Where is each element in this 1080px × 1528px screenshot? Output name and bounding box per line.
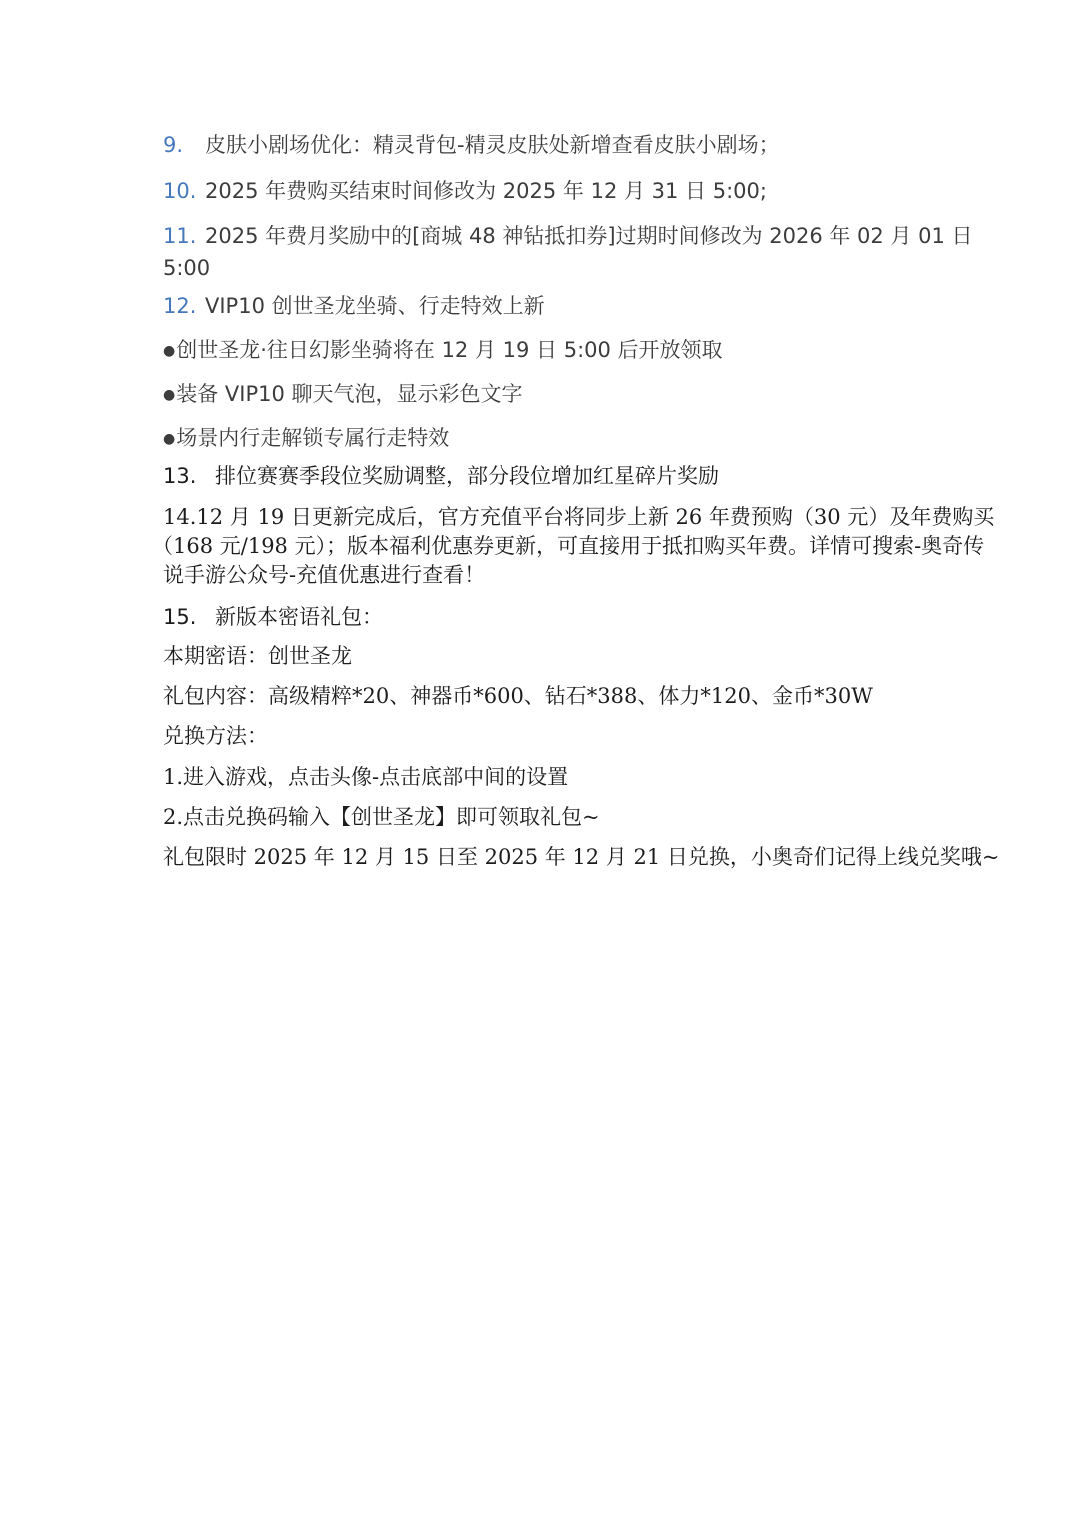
list-item-11-text-line2: 5:00	[163, 256, 210, 280]
bullet-icon: ●	[163, 343, 175, 359]
bullet-item-1: ●创世圣龙·往日幻影坐骑将在 12 月 19 日 5:00 后开放领取	[163, 338, 723, 363]
list-number-12: 12.	[163, 294, 205, 318]
list-item-12-text: VIP10 创世圣龙坐骑、行走特效上新	[205, 294, 545, 318]
bullet-item-1-text: 创世圣龙·往日幻影坐骑将在 12 月 19 日 5:00 后开放领取	[176, 338, 722, 362]
paragraph-14-line-1: 14.12 月 19 日更新完成后，官方充值平台将同步上新 26 年费预购（30…	[163, 505, 994, 529]
list-item-15: 15.新版本密语礼包：	[163, 605, 383, 629]
bullet-icon: ●	[163, 387, 175, 403]
redeem-step-1: 1.进入游戏，点击头像-点击底部中间的设置	[163, 765, 568, 789]
document-page: 9.皮肤小剧场优化：精灵背包-精灵皮肤处新增查看皮肤小剧场； 10.2025 年…	[0, 0, 1080, 1528]
list-item-13: 13.排位赛赛季段位奖励调整，部分段位增加红星碎片奖励	[163, 464, 719, 488]
list-item-12: 12.VIP10 创世圣龙坐骑、行走特效上新	[163, 294, 545, 318]
paragraph-14-line-3: 说手游公众号-充值优惠进行查看！	[163, 563, 485, 587]
list-item-9: 9.皮肤小剧场优化：精灵背包-精灵皮肤处新增查看皮肤小剧场；	[163, 133, 780, 157]
bullet-item-2: ●装备 VIP10 聊天气泡，显示彩色文字	[163, 382, 523, 407]
list-item-10-text: 2025 年费购买结束时间修改为 2025 年 12 月 31 日 5:00;	[205, 179, 767, 203]
bullet-item-3: ●场景内行走解锁专属行走特效	[163, 426, 449, 451]
list-number-10: 10.	[163, 179, 205, 203]
redeem-step-2: 2.点击兑换码输入【创世圣龙】即可领取礼包~	[163, 805, 600, 829]
list-item-9-text: 皮肤小剧场优化：精灵背包-精灵皮肤处新增查看皮肤小剧场；	[205, 133, 780, 157]
gift-contents-line: 礼包内容：高级精粹*20、神器币*600、钻石*388、体力*120、金币*30…	[163, 684, 873, 708]
redeem-method-label: 兑换方法：	[163, 724, 268, 748]
bullet-item-3-text: 场景内行走解锁专属行走特效	[176, 426, 449, 450]
list-number-15: 15.	[163, 605, 215, 629]
paragraph-14-line-2: （168 元/198 元）；版本福利优惠券更新，可直接用于抵扣购买年费。详情可搜…	[152, 534, 984, 558]
list-item-10: 10.2025 年费购买结束时间修改为 2025 年 12 月 31 日 5:0…	[163, 179, 767, 203]
list-item-13-text: 排位赛赛季段位奖励调整，部分段位增加红星碎片奖励	[215, 464, 719, 488]
list-item-15-text: 新版本密语礼包：	[215, 605, 383, 629]
list-number-13: 13.	[163, 464, 215, 488]
password-line: 本期密语：创世圣龙	[163, 644, 352, 668]
deadline-line: 礼包限时 2025 年 12 月 15 日至 2025 年 12 月 21 日兑…	[163, 845, 999, 869]
bullet-item-2-text: 装备 VIP10 聊天气泡，显示彩色文字	[176, 382, 522, 406]
list-item-11-text-line1: 2025 年费月奖励中的[商城 48 神钻抵扣券]过期时间修改为 2026 年 …	[205, 224, 973, 248]
bullet-icon: ●	[163, 431, 175, 447]
list-number-9: 9.	[163, 133, 205, 157]
list-number-11: 11.	[163, 224, 205, 248]
list-item-11: 11.2025 年费月奖励中的[商城 48 神钻抵扣券]过期时间修改为 2026…	[163, 224, 973, 248]
